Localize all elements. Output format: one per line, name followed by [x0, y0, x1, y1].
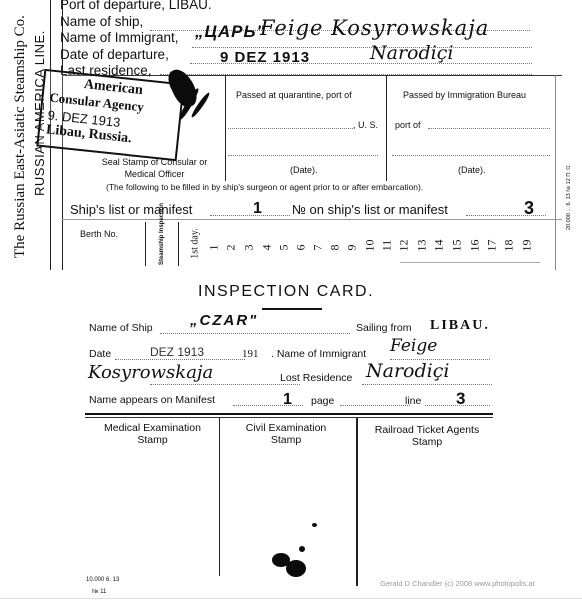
civil-stamp-label: Civil Examination Stamp	[236, 422, 336, 446]
immigrant-last-name: Kosyrowskaja	[88, 362, 213, 383]
manifest-list-value: 1	[253, 200, 262, 218]
field-date-of-departure: Date of departure,	[60, 47, 212, 64]
immigration-date: (Date).	[458, 165, 486, 175]
print-code-top: 20.000 ... 6. 13 № 12 П. О.	[566, 164, 572, 230]
sailing-from-label: Sailing from	[356, 322, 411, 334]
field-name-of-immigrant: Name of Immigrant,	[60, 30, 212, 47]
print-code-bottom: 10.000 6. 13	[86, 577, 119, 583]
quarantine-us: , U. S.	[353, 120, 378, 130]
manifest-value: 1	[283, 391, 292, 409]
top-fields: Port of departure, LIBAU. Name of ship, …	[60, 0, 212, 80]
seal-stamp-label: Seal Stamp of Consular or Medical Office…	[92, 156, 217, 180]
handwritten-ship-name: „ЦАРЬ"	[195, 22, 266, 42]
manifest-number-value: 3	[524, 198, 534, 219]
photographer-watermark: Gerald D Chandler (c) 2008 www.photopoli…	[380, 579, 535, 588]
manifest-underline	[62, 219, 562, 220]
immigration-title: Passed by Immigration Bureau	[403, 90, 526, 100]
page-label: page	[311, 395, 334, 407]
sailing-from-value: LIBAU.	[430, 318, 490, 334]
immigrant-first-name: Feige	[390, 336, 437, 356]
handwritten-last-residence: Narodiçi	[370, 42, 453, 64]
card-rule-bottom	[85, 417, 493, 418]
line-label: line	[405, 395, 421, 407]
company-name-vertical: The Russian East-Asiatic Steamship Co.	[12, 15, 29, 258]
instruction-text: (The following to be filled in by ship's…	[106, 182, 423, 192]
name-of-ship-label: Name of Ship	[89, 322, 153, 334]
quarantine-date: (Date).	[290, 165, 318, 175]
railroad-stamp-label: Railroad Ticket Agents Stamp	[362, 424, 492, 448]
section-top-border	[62, 75, 562, 76]
title-underline	[262, 308, 322, 310]
manifest-number-label: № on ship's list or manifest	[292, 202, 448, 217]
field-port-of-departure: Port of departure, LIBAU.	[60, 0, 212, 14]
handwritten-immigrant-name: Feige Kosyrowskaja	[260, 16, 489, 40]
print-number-bottom: № 11	[92, 589, 106, 595]
year-prefix: 191	[242, 348, 259, 360]
name-of-ship-value: „CZAR"	[190, 312, 258, 329]
divider-1	[225, 75, 226, 181]
manifest-label: Name appears on Manifest	[89, 394, 215, 406]
divider-2	[386, 75, 387, 181]
right-border	[555, 75, 556, 270]
stamp-divider-1	[219, 418, 220, 576]
card-rule-top	[85, 413, 493, 415]
manifest-list-label: Ship's list or manifest	[70, 202, 192, 217]
consular-stamp: American Consular Agency 9. DEZ 1913 Lib…	[36, 69, 184, 161]
first-day-label: 1st day.	[190, 228, 201, 258]
field-name-of-ship: Name of ship,	[60, 14, 212, 31]
immigrant-label: . Name of Immigrant	[271, 348, 366, 360]
departure-date-stamp: 9 DEZ 1913	[220, 49, 310, 66]
stamp-divider-2	[356, 418, 358, 586]
date-label: Date	[89, 348, 111, 360]
quarantine-title: Passed at quarantine, port of	[236, 90, 352, 100]
berth-label: Berth No.	[80, 229, 118, 239]
immigration-port: port of	[395, 120, 421, 130]
lost-residence-label: Lost Residence	[280, 372, 352, 384]
date-value: DEZ 1913	[150, 345, 204, 359]
inspection-card-title: INSPECTION CARD.	[198, 283, 374, 301]
steamship-inspection-box: Steamship Inspection	[145, 222, 179, 266]
lost-residence-value: Narodiçi	[366, 360, 449, 382]
line-value: 3	[456, 389, 465, 409]
medical-stamp-label: Medical Examination Stamp	[90, 422, 215, 446]
